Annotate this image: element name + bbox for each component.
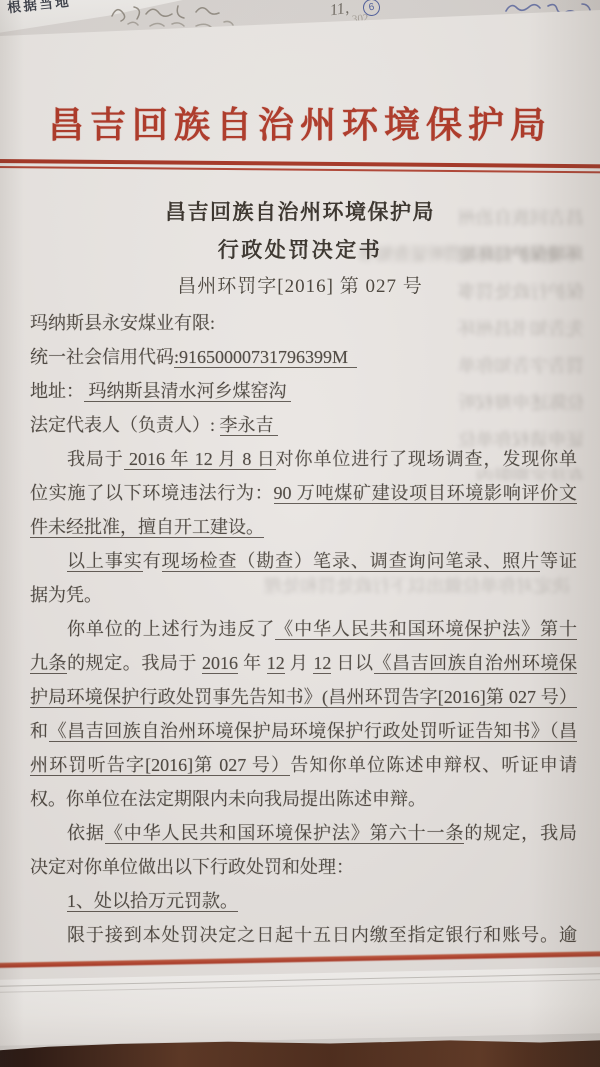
doc-line: 据为凭。 <box>30 578 577 612</box>
doc-line: 州环罚听告字[2016]第 027 号）告知你单位陈述申辩权、听证申请 <box>30 748 577 782</box>
paper-stack-edge <box>0 967 600 1046</box>
doc-text: 日以 <box>331 653 373 673</box>
document-photo: 根据当地 11, 302 6 昌吉回族自治州环境保护局环境保护行政处罚事先告知书… <box>0 0 600 1067</box>
underlined-fill-in-text: 件未经批准，擅自开工建设。 <box>30 517 264 538</box>
doc-line: 地址： 玛纳斯县清水河乡煤窑沟 <box>30 374 577 408</box>
doc-text: 玛纳斯县永安煤业有限: <box>30 313 215 333</box>
underlined-fill-in-text: 九条 <box>30 653 67 674</box>
doc-line: 护局环境保护行政处罚事先告知书》(昌州环罚告字[2016]第 027 号） <box>30 680 577 714</box>
doc-text: 等证 <box>540 551 577 571</box>
pencil-number-note: 11, <box>329 0 350 20</box>
underlined-fill-in-text: 2016 年 12 月 8 日 <box>124 449 276 470</box>
doc-line: 法定代表人（负责人）: 李永吉 <box>30 408 577 442</box>
doc-text: 年 <box>238 653 267 673</box>
letterhead-rule <box>0 159 600 173</box>
underlined-fill-in-text: 12 <box>267 653 285 674</box>
underlined-fill-in-text: 州环罚听告字[2016]第 027 号） <box>30 755 290 776</box>
page-edge-line <box>0 979 600 993</box>
doc-line: 我局于 2016 年 12 月 8 日对你单位进行了现场调查，发现你单 <box>30 442 577 476</box>
doc-text: 和 <box>30 721 49 741</box>
doc-line: 统一社会信用代码:91650000731796399M <box>30 340 577 374</box>
document-type-title: 行政处罚决定书 <box>0 234 600 264</box>
document-body: 玛纳斯县永安煤业有限:统一社会信用代码:91650000731796399M 地… <box>30 306 577 952</box>
doc-text: 地址： <box>30 381 84 401</box>
doc-line: 限于接到本处罚决定之日起十五日内缴至指定银行和账号。逾 <box>30 918 577 952</box>
underlined-fill-in-text: 12 <box>313 653 331 674</box>
doc-text: 法定代表人（负责人）: <box>30 415 220 435</box>
underlined-fill-in-text: 《中华人民共和国环境保护法》第六十一条 <box>105 823 465 844</box>
underlined-fill-in-text: 90 万吨煤矿建设项目环境影响评价文 <box>274 483 577 504</box>
underlined-fill-in-text: 李永吉 <box>220 415 279 436</box>
doc-text: 限于接到本处罚决定之日起十五日内缴至指定银行和账号。逾 <box>67 925 577 945</box>
underlined-fill-in-text: 1、处以拾万元罚款。 <box>67 891 238 912</box>
doc-line: 你单位的上述行为违反了《中华人民共和国环境保护法》第十 <box>30 612 577 646</box>
doc-line: 位实施了以下环境违法行为：90 万吨煤矿建设项目环境影响评价文 <box>30 476 577 510</box>
doc-line: 1、处以拾万元罚款。 <box>30 884 577 918</box>
doc-text: 告知你单位陈述申辩权、听证申请 <box>290 755 577 775</box>
doc-text: 的规定，我局 <box>464 823 577 843</box>
underlined-fill-in-text: 《昌吉回族自治州环境保 <box>374 653 578 674</box>
document-org-title: 昌吉回族自治州环境保护局 <box>0 196 600 226</box>
document-number: 昌州环罚字[2016] 第 027 号 <box>0 271 600 298</box>
doc-text: 的规定。我局于 <box>67 653 202 673</box>
underlined-fill-in-text: 玛纳斯县清水河乡煤窑沟 <box>84 381 291 402</box>
doc-line: 以上事实有现场检查（勘查）笔录、调查询问笔录、照片等证 <box>30 544 577 578</box>
pencil-scribble <box>112 6 233 27</box>
doc-text: 我局于 <box>67 449 124 469</box>
doc-text: 对你单位进行了现场调查，发现你单 <box>276 449 577 469</box>
doc-text: 依据 <box>67 823 105 843</box>
doc-text: 决定对你单位做出以下行政处罚和处理： <box>30 857 354 877</box>
underlined-fill-in-text: 以上事实 <box>67 551 143 572</box>
recipient-block: 玛纳斯县永安煤业有限:统一社会信用代码:91650000731796399M 地… <box>30 306 577 442</box>
underlined-fill-in-text: 《昌吉回族自治州环境保护局环境保护行政处罚听证告知书》（昌 <box>49 721 577 742</box>
doc-text: 你单位的上述行为违反了 <box>67 619 275 639</box>
underlined-fill-in-text: :91650000731796399M <box>174 347 357 368</box>
doc-text: 据为凭。 <box>30 585 102 605</box>
doc-text: 月 <box>285 653 314 673</box>
underlined-fill-in-text: 护局环境保护行政处罚事先告知书》(昌州环罚告字[2016]第 027 号） <box>30 687 577 708</box>
doc-text: 权。你单位在法定期限内未向我局提出陈述申辩。 <box>30 789 426 809</box>
body-paragraphs: 我局于 2016 年 12 月 8 日对你单位进行了现场调查，发现你单位实施了以… <box>30 442 577 952</box>
doc-text: 位实施了以下环境违法行为： <box>30 483 274 503</box>
doc-line: 依据《中华人民共和国环境保护法》第六十一条的规定，我局 <box>30 816 577 850</box>
doc-line: 决定对你单位做出以下行政处罚和处理： <box>30 850 577 884</box>
letterhead-title: 昌吉回族自治州环境保护局 <box>0 97 600 148</box>
doc-text: 统一社会信用代码 <box>30 347 174 367</box>
next-page-red-rule <box>0 951 600 968</box>
doc-line: 权。你单位在法定期限内未向我局提出陈述申辩。 <box>30 782 577 816</box>
doc-line: 和《昌吉回族自治州环境保护局环境保护行政处罚听证告知书》（昌 <box>30 714 577 748</box>
main-document-sheet: 昌吉回族自治州环境保护局环境保护行政处罚事先告知书昌州环罚告字告知你单位陈述申辩… <box>0 0 600 1067</box>
doc-line: 件未经批准，擅自开工建设。 <box>30 510 577 544</box>
underlined-fill-in-text: 《中华人民共和国环境保护法》第十 <box>275 619 577 640</box>
doc-text: 有 <box>143 551 162 571</box>
underlined-fill-in-text: 2016 <box>202 653 238 674</box>
doc-line: 玛纳斯县永安煤业有限: <box>30 306 577 340</box>
underlined-fill-in-text: 现场检查（勘查）笔录、调查询问笔录、照片 <box>162 551 540 572</box>
doc-line: 九条的规定。我局于 2016 年 12 月 12 日以《昌吉回族自治州环境保 <box>30 646 577 680</box>
